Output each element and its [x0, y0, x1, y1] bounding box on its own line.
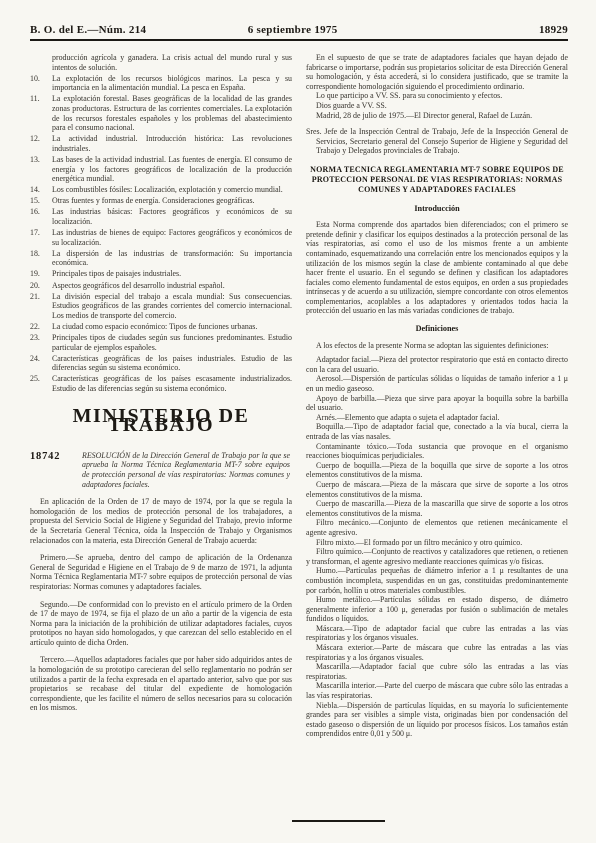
syllabus-item-text: Aspectos geográficos del desarrollo indu…: [52, 281, 292, 291]
resolution-block: 18742 RESOLUCIÓN de la Dirección General…: [30, 451, 292, 489]
syllabus-item-text: La explotación forestal. Bases geográfic…: [52, 94, 292, 132]
introduction-heading: Introducción: [306, 204, 568, 214]
syllabus-item: 17. Las industrias de bienes de equipo: …: [30, 228, 292, 247]
syllabus-item-number: 13.: [30, 155, 45, 184]
closing-paragraph: Dios guarde a VV. SS.: [306, 101, 568, 111]
left-column: producción agrícola y ganadera. La crisi…: [30, 53, 292, 739]
syllabus-item-text: Otras fuentes y formas de energía. Consi…: [52, 196, 292, 206]
addressees-paragraph: Sres. Jefe de la Inspección Central de T…: [306, 127, 568, 156]
definition-item: Apoyo de barbilla.—Pieza que sirve para …: [306, 394, 568, 413]
header-issue: B. O. del E.—Núm. 214: [30, 24, 146, 36]
definitions-lead: A los efectos de la presente Norma se ad…: [306, 341, 568, 351]
definition-item: Filtro mixto.—El formado por un filtro m…: [306, 538, 568, 548]
definition-item: Boquilla.—Tipo de adaptador facial que, …: [306, 422, 568, 441]
syllabus-item-text: La ciudad como espacio económico: Tipos …: [52, 322, 292, 332]
footer-rule: [292, 820, 385, 822]
syllabus-item: 10. La explotación de los recursos bioló…: [30, 74, 292, 93]
norm-title: NORMA TECNICA REGLAMENTARIA MT-7 SOBRE E…: [306, 165, 568, 196]
resolution-paragraph: Primero.—Se aprueba, dentro del campo de…: [30, 553, 292, 591]
header-date: 6 septiembre 1975: [248, 24, 338, 36]
syllabus-item-number: 24.: [30, 354, 45, 373]
definition-item: Cuerpo de boquilla.—Pieza de la boquilla…: [306, 461, 568, 480]
header-page-number: 18929: [539, 24, 568, 36]
introduction-paragraph: Esta Norma comprende dos apartados bien …: [306, 220, 568, 316]
syllabus-item: 15. Otras fuentes y formas de energía. C…: [30, 196, 292, 206]
syllabus-item: 14. Los combustibles fósiles: Localizaci…: [30, 185, 292, 195]
syllabus-item-text: La explotación de los recursos biológico…: [52, 74, 292, 93]
syllabus-item: 20. Aspectos geográficos del desarrollo …: [30, 281, 292, 291]
header-rule: [30, 39, 568, 41]
definition-item: Mascarilla interior.—Parte del cuerpo de…: [306, 681, 568, 700]
definition-item: Adaptador facial.—Pieza del protector re…: [306, 355, 568, 374]
syllabus-item-number: 18.: [30, 249, 45, 268]
syllabus-item: 24. Características geográficas de los p…: [30, 354, 292, 373]
definition-item: Humo metálico.—Partículas sólidas en est…: [306, 595, 568, 624]
resolution-paragraph: Tercero.—Aquellos adaptadores faciales q…: [30, 655, 292, 713]
syllabus-item-text: Características geográficas de los paíse…: [52, 354, 292, 373]
syllabus-list: 10. La explotación de los recursos bioló…: [30, 74, 292, 394]
syllabus-item-number: 10.: [30, 74, 45, 93]
right-column: En el supuesto de que se trate de adapta…: [306, 53, 568, 739]
definition-item: Aerosol.—Dispersión de partículas sólida…: [306, 374, 568, 393]
syllabus-item-text: Principales tipos de paisajes industrial…: [52, 269, 292, 279]
syllabus-item-text: La división especial del trabajo a escal…: [52, 292, 292, 321]
definition-item: Humo.—Partículas pequeñas de diámetro in…: [306, 566, 568, 595]
definition-item: Filtro mecánico.—Conjunto de elementos q…: [306, 518, 568, 537]
syllabus-item: 25. Características geográficas de los p…: [30, 374, 292, 393]
definitions-heading: Definiciones: [306, 324, 568, 334]
definition-item: Arnés.—Elemento que adapta o sujeta el a…: [306, 413, 568, 423]
ministry-title: MINISTERIO DE TRABAJO: [30, 412, 292, 431]
definition-item: Niebla.—Dispersión de partículas líquida…: [306, 701, 568, 739]
page-header: B. O. del E.—Núm. 214 6 septiembre 1975 …: [30, 24, 568, 36]
syllabus-item-text: Principales tipos de ciudades según sus …: [52, 333, 292, 352]
syllabus-item: 21. La división especial del trabajo a e…: [30, 292, 292, 321]
syllabus-item-number: 21.: [30, 292, 45, 321]
syllabus-item-text: Las industrias básicas: Factores geográf…: [52, 207, 292, 226]
syllabus-item-text: Las industrias de bienes de equipo: Fact…: [52, 228, 292, 247]
closing-paragraph: En el supuesto de que se trate de adapta…: [306, 53, 568, 91]
syllabus-item-number: 22.: [30, 322, 45, 332]
resolution-paragraph: Segundo.—De conformidad con lo previsto …: [30, 600, 292, 648]
syllabus-item-number: 15.: [30, 196, 45, 206]
syllabus-item: 16. Las industrias básicas: Factores geo…: [30, 207, 292, 226]
syllabus-item-text: Las bases de la actividad industrial. La…: [52, 155, 292, 184]
definition-item: Máscara exterior.—Parte de máscara que c…: [306, 643, 568, 662]
syllabus-item: 23. Principales tipos de ciudades según …: [30, 333, 292, 352]
resolution-paragraph: En aplicación de la Orden de 17 de mayo …: [30, 497, 292, 545]
closing-paragraph: Lo que participo a VV. SS. para su conoc…: [306, 91, 568, 101]
syllabus-item-number: 17.: [30, 228, 45, 247]
syllabus-item-number: 11.: [30, 94, 45, 132]
syllabus-continuation: producción agrícola y ganadera. La crisi…: [30, 53, 292, 72]
closing-paragraphs: En el supuesto de que se trate de adapta…: [306, 53, 568, 120]
syllabus-item-text: Características geográficas de los paíse…: [52, 374, 292, 393]
definition-item: Filtro químico.—Conjunto de reactivos y …: [306, 547, 568, 566]
definition-item: Cuerpo de máscara.—Pieza de la máscara q…: [306, 480, 568, 499]
syllabus-item-number: 23.: [30, 333, 45, 352]
definition-item: Contaminante tóxico.—Toda sustancia que …: [306, 442, 568, 461]
content-columns: producción agrícola y ganadera. La crisi…: [30, 53, 568, 739]
ministry-section: MINISTERIO DE TRABAJO 18742 RESOLUCIÓN d…: [30, 412, 292, 713]
boe-page: B. O. del E.—Núm. 214 6 septiembre 1975 …: [0, 0, 596, 843]
syllabus-item: 11. La explotación forestal. Bases geogr…: [30, 94, 292, 132]
syllabus-item-number: 19.: [30, 269, 45, 279]
syllabus-item: 19. Principales tipos de paisajes indust…: [30, 269, 292, 279]
doc-number: 18742: [30, 451, 82, 489]
syllabus-item: 22. La ciudad como espacio económico: Ti…: [30, 322, 292, 332]
syllabus-item-number: 20.: [30, 281, 45, 291]
syllabus-item-text: La dispersión de las industrias de trans…: [52, 249, 292, 268]
definitions-list: Adaptador facial.—Pieza del protector re…: [306, 355, 568, 739]
syllabus-item: 18. La dispersión de las industrias de t…: [30, 249, 292, 268]
definition-item: Máscara.—Tipo de adaptador facial que cu…: [306, 624, 568, 643]
definition-item: Cuerpo de mascarilla.—Pieza de la mascar…: [306, 499, 568, 518]
syllabus-item-number: 16.: [30, 207, 45, 226]
syllabus-item-text: Los combustibles fósiles: Localización, …: [52, 185, 292, 195]
syllabus-item-number: 25.: [30, 374, 45, 393]
resolution-paragraphs: En aplicación de la Orden de 17 de mayo …: [30, 497, 292, 713]
syllabus-item-text: La actividad industrial. Introducción hi…: [52, 134, 292, 153]
resolution-title: RESOLUCIÓN de la Dirección General de Tr…: [82, 451, 292, 489]
syllabus-item-number: 12.: [30, 134, 45, 153]
syllabus-item: 12. La actividad industrial. Introducció…: [30, 134, 292, 153]
closing-paragraph: Madrid, 28 de julio de 1975.—El Director…: [306, 111, 568, 121]
syllabus-item: 13. Las bases de la actividad industrial…: [30, 155, 292, 184]
syllabus-item-number: 14.: [30, 185, 45, 195]
definition-item: Mascarilla.—Adaptador facial que cubre s…: [306, 662, 568, 681]
